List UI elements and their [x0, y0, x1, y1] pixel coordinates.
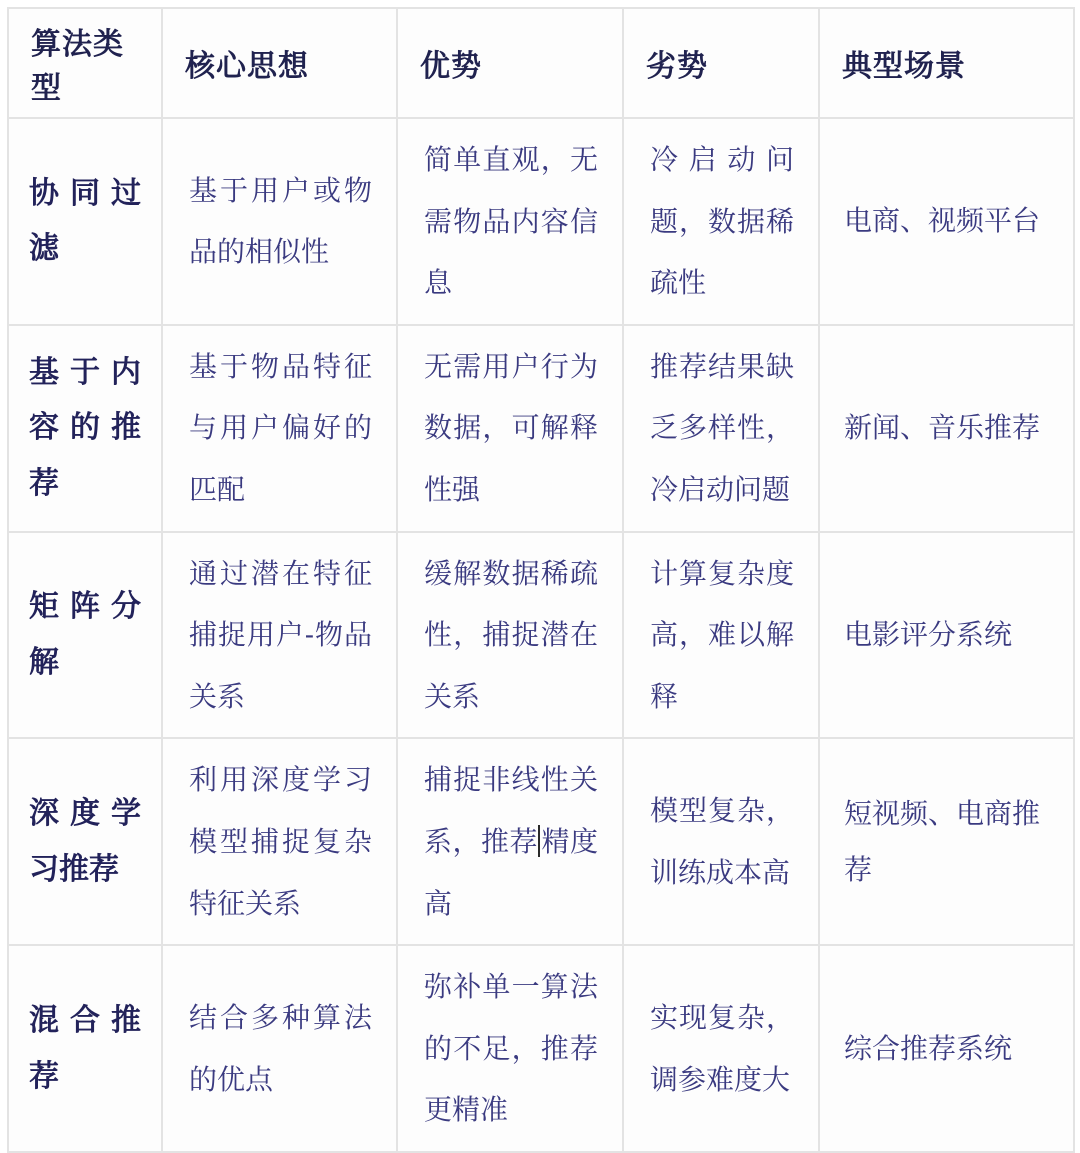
- cell-advantages[interactable]: 缓解数据稀疏性，捕捉潜在关系: [397, 532, 623, 739]
- cell-disadvantages[interactable]: 推荐结果缺乏多样性，冷启动问题: [623, 325, 819, 532]
- header-cell-typical-scenarios[interactable]: 典型场景: [819, 8, 1074, 118]
- cell-disadvantages[interactable]: 模型复杂，训练成本高: [623, 738, 819, 945]
- cell-algorithm-type[interactable]: 矩阵分解: [8, 532, 162, 739]
- table-row-content-based: 基于内容的推荐 基于物品特征与用户偏好的匹配 无需用户行为数据，可解释性强 推荐…: [8, 325, 1074, 532]
- header-cell-algorithm-type[interactable]: 算法类型: [8, 8, 162, 118]
- header-cell-advantages[interactable]: 优势: [397, 8, 623, 118]
- cell-typical-scenarios[interactable]: 综合推荐系统: [819, 945, 1074, 1152]
- table-row-collaborative-filtering: 协同过滤 基于用户或物品的相似性 简单直观，无需物品内容信息 冷启动问题，数据稀…: [8, 118, 1074, 325]
- cell-core-idea[interactable]: 通过潜在特征捕捉用户-物品关系: [162, 532, 397, 739]
- cell-algorithm-type[interactable]: 协同过滤: [8, 118, 162, 325]
- table-row-hybrid: 混合推荐 结合多种算法的优点 弥补单一算法的不足，推荐更精准 实现复杂，调参难度…: [8, 945, 1074, 1152]
- cell-disadvantages[interactable]: 冷启动问题，数据稀疏性: [623, 118, 819, 325]
- cell-core-idea[interactable]: 结合多种算法的优点: [162, 945, 397, 1152]
- cell-advantages[interactable]: 简单直观，无需物品内容信息: [397, 118, 623, 325]
- cell-algorithm-type[interactable]: 基于内容的推荐: [8, 325, 162, 532]
- cell-core-idea[interactable]: 基于物品特征与用户偏好的匹配: [162, 325, 397, 532]
- table-row-deep-learning: 深度学习推荐 利用深度学习模型捕捉复杂特征关系 捕捉非线性关系，推荐精度高 模型…: [8, 738, 1074, 945]
- algorithm-comparison-table: 算法类型 核心思想 优势 劣势 典型场景 协同过滤 基于用户或物品的相似性 简单…: [7, 7, 1075, 1153]
- cell-algorithm-type[interactable]: 混合推荐: [8, 945, 162, 1152]
- cell-core-idea[interactable]: 基于用户或物品的相似性: [162, 118, 397, 325]
- cell-typical-scenarios[interactable]: 电商、视频平台: [819, 118, 1074, 325]
- text-cursor: [538, 825, 540, 857]
- cell-algorithm-type[interactable]: 深度学习推荐: [8, 738, 162, 945]
- header-cell-core-idea[interactable]: 核心思想: [162, 8, 397, 118]
- cell-disadvantages[interactable]: 计算复杂度高，难以解释: [623, 532, 819, 739]
- cell-typical-scenarios[interactable]: 电影评分系统: [819, 532, 1074, 739]
- cell-advantages[interactable]: 弥补单一算法的不足，推荐更精准: [397, 945, 623, 1152]
- cell-disadvantages[interactable]: 实现复杂，调参难度大: [623, 945, 819, 1152]
- header-row: 算法类型 核心思想 优势 劣势 典型场景: [8, 8, 1074, 118]
- cell-advantages[interactable]: 无需用户行为数据，可解释性强: [397, 325, 623, 532]
- cell-typical-scenarios[interactable]: 新闻、音乐推荐: [819, 325, 1074, 532]
- table-row-matrix-factorization: 矩阵分解 通过潜在特征捕捉用户-物品关系 缓解数据稀疏性，捕捉潜在关系 计算复杂…: [8, 532, 1074, 739]
- header-cell-disadvantages[interactable]: 劣势: [623, 8, 819, 118]
- cell-advantages[interactable]: 捕捉非线性关系，推荐精度高: [397, 738, 623, 945]
- cell-typical-scenarios[interactable]: 短视频、电商推荐: [819, 738, 1074, 945]
- cell-core-idea[interactable]: 利用深度学习模型捕捉复杂特征关系: [162, 738, 397, 945]
